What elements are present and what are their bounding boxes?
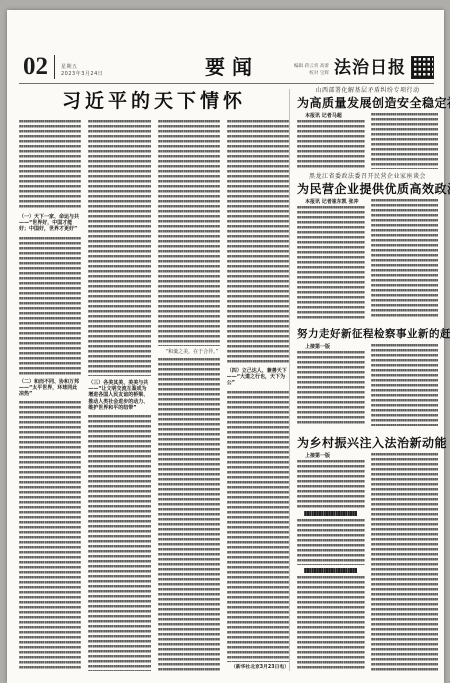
section-heading-4: （四）立己达人、兼善天下——“大道之行也，天下为公” (227, 368, 289, 387)
article-body: 上接第一版 (297, 344, 438, 426)
article-subcolumn: 本报讯 记者马超 (297, 113, 365, 169)
article-heilongjiang: 黑龙江省委政法委召开民营企业家座谈会 为民营企业提供优质高效政法服务 本报讯 记… (297, 173, 438, 319)
date-block: 星期五 2023年3月24日 (61, 64, 103, 80)
body-text-block (371, 344, 439, 426)
article-title: 努力走好新征程检察事业新的赶考之路 (297, 328, 438, 341)
newspaper-page: 02 星期五 2023年3月24日 要闻 编辑 蒋云青 高蕾 校对 宝辉 法治日… (7, 10, 444, 683)
qr-code-icon (411, 56, 434, 79)
main-article: 习近平的天下情怀 （一）天下一家、命运与共——“世界好，中国才能好；中国好，世界… (19, 87, 289, 671)
main-article-column-2: （三）各美其美、美美与共——“让文明交流互鉴成为增进各国人民友谊的桥梁、推动人类… (88, 120, 150, 671)
article-title: 为民营企业提供优质高效政法服务 (297, 182, 438, 196)
body-text-block (297, 206, 365, 319)
article-subcolumn: 上接第一版 (297, 344, 365, 426)
article-title: 为乡村振兴注入法治新动能 (297, 436, 438, 450)
article-lead: 本报讯 记者马超 (297, 113, 365, 119)
editor-credits: 编辑 蒋云青 高蕾 校对 宝辉 (294, 64, 329, 80)
masthead-block: 编辑 蒋云青 高蕾 校对 宝辉 法治日报 (259, 56, 434, 80)
body-text-block (88, 120, 150, 376)
body-text-block (297, 120, 365, 169)
article-subcolumn: 本报讯 记者崔东凯 张冲 (297, 199, 365, 319)
main-article-column-1: （一）天下一家、命运与共——“世界好，中国才能好；中国好，世界才更好” （二）和… (19, 120, 81, 671)
section-heading-2: （二）和而不同、协和万邦——“太平世界，环球同此凉热” (19, 379, 81, 398)
newspaper-scan: { "colors": { "paper": "#fbfaf6", "ink":… (0, 0, 450, 683)
body-text-block (371, 453, 439, 671)
article-rural-revitalization: 为乡村振兴注入法治新动能 上接第一版 (297, 435, 438, 671)
article-body: 上接第一版 (297, 453, 438, 671)
body-text-block (158, 120, 220, 346)
page-content: 习近平的天下情怀 （一）天下一家、命运与共——“世界好，中国才能好；中国好，世界… (7, 84, 444, 683)
main-article-column-3: “和羹之美，在于合异。” (158, 120, 220, 671)
article-shanxi: 山西部署化解基层矛盾纠纷专项行动 为高质量发展创造安全稳定社会环境 本报讯 记者… (297, 87, 438, 169)
continued-from-page-one-label: 上接第一版 (297, 453, 365, 459)
page-header: 02 星期五 2023年3月24日 要闻 编辑 蒋云青 高蕾 校对 宝辉 法治日… (7, 10, 444, 80)
header-divider-bar (54, 55, 55, 79)
section-heading-1: （一）天下一家、命运与共——“世界好，中国才能好；中国好，世界才更好” (19, 214, 81, 233)
section-title: 要闻 (198, 56, 259, 80)
date-label: 2023年3月24日 (61, 71, 103, 77)
body-text-block (19, 120, 81, 210)
body-text-block (227, 120, 289, 364)
body-text-block (371, 199, 439, 319)
body-text-block (297, 460, 365, 508)
continued-from-page-one-label: 上接第一版 (297, 344, 365, 350)
article-body: 本报讯 记者马超 (297, 113, 438, 169)
article-subcolumn (371, 453, 439, 671)
proofreader-credit-line: 校对 宝辉 (309, 71, 329, 77)
body-text-block (371, 113, 439, 169)
wire-byline: （新华社北京3月23日电） (227, 665, 289, 671)
main-article-columns: （一）天下一家、命运与共——“世界好，中国才能好；中国好，世界才更好” （二）和… (19, 120, 289, 671)
article-body: 本报讯 记者崔东凯 张冲 (297, 199, 438, 319)
article-lead: 本报讯 记者崔东凯 张冲 (297, 199, 365, 205)
right-column: 山西部署化解基层矛盾纠纷专项行动 为高质量发展创造安全稳定社会环境 本报讯 记者… (290, 87, 438, 671)
body-text-block (297, 351, 365, 426)
article-subcolumn (371, 344, 439, 426)
pull-quote: “和羹之美，在于合异。” (158, 349, 220, 355)
article-subcolumn (371, 199, 439, 319)
article-subcolumn (371, 113, 439, 169)
body-text-block (297, 519, 365, 565)
article-kicker: 黑龙江省委政法委召开民营企业家座谈会 (297, 173, 438, 181)
newspaper-masthead: 法治日报 (334, 57, 406, 80)
page-number-block: 02 星期五 2023年3月24日 (23, 54, 198, 80)
body-text-block (227, 391, 289, 662)
body-text-block (297, 576, 365, 671)
section-heading-3: （三）各美其美、美美与共——“让文明交流互鉴成为增进各国人民友谊的桥梁、推动人类… (88, 380, 150, 411)
inline-subhead-bar (304, 568, 357, 573)
main-article-column-4: （四）立己达人、兼善天下——“大道之行也，天下为公” （新华社北京3月23日电） (227, 120, 289, 671)
inline-subhead-bar (304, 511, 357, 516)
body-text-block (19, 401, 81, 671)
article-kicker: 山西部署化解基层矛盾纠纷专项行动 (297, 87, 438, 95)
body-text-block (88, 415, 150, 671)
editor-credit-line: 编辑 蒋云青 高蕾 (294, 64, 329, 70)
article-title: 为高质量发展创造安全稳定社会环境 (297, 96, 438, 110)
article-subcolumn: 上接第一版 (297, 453, 365, 671)
body-text-block (19, 237, 81, 375)
body-text-block (158, 358, 220, 671)
page-number: 02 (23, 54, 48, 80)
main-article-title: 习近平的天下情怀 (19, 90, 289, 114)
weekday-label: 星期五 (61, 64, 103, 70)
article-procuratorate: 努力走好新征程检察事业新的赶考之路 上接第一版 (297, 327, 438, 426)
